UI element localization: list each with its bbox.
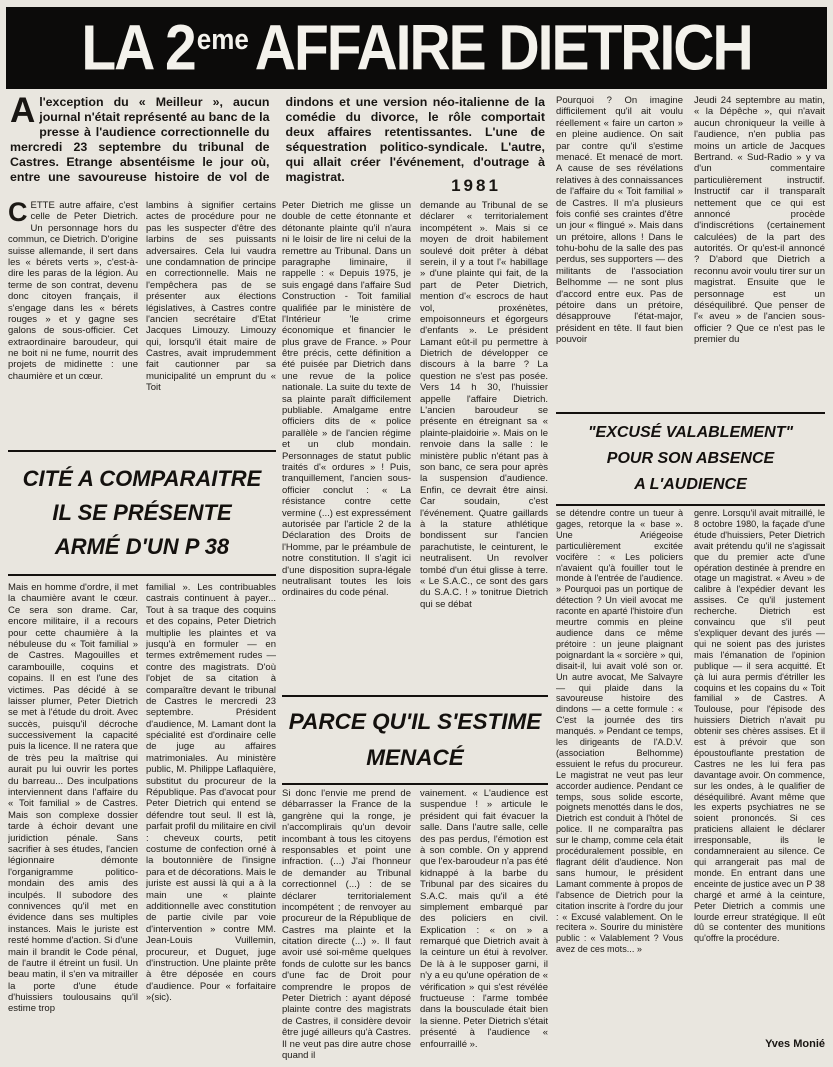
masthead-part1: LA 2 bbox=[81, 12, 194, 84]
newspaper-page: LA 2emeAFFAIRE DIETRICH Al'exception du … bbox=[0, 0, 833, 1067]
column-4-upper-text: demande au Tribunal de se déclarer « ter… bbox=[420, 200, 548, 610]
column-2-upper-text: lambins à signifier certains actes de pr… bbox=[146, 200, 276, 393]
column-1-lower-text: Mais en homme d'ordre, il met la chaumiè… bbox=[8, 582, 138, 1014]
headline-2-line-1: PARCE QU'IL S'ESTIME bbox=[282, 704, 548, 740]
headline-3-line-2: POUR SON ABSENCE bbox=[556, 446, 825, 472]
column-5-lower: se détendre contre un tueur à gages, ret… bbox=[556, 508, 683, 1062]
masthead-title: LA 2emeAFFAIRE DIETRICH bbox=[81, 11, 751, 85]
headline-2-line-2: MENACÉ bbox=[282, 740, 548, 776]
column-3-lower-text: Si donc l'envie me prend de débarrasser … bbox=[282, 788, 411, 1061]
column-4-lower: vainement. « L'audience est suspendue ! … bbox=[420, 788, 548, 1062]
column-3-lower: Si donc l'envie me prend de débarrasser … bbox=[282, 788, 411, 1062]
column-2-upper: lambins à signifier certains actes de pr… bbox=[146, 200, 276, 444]
masthead-banner: LA 2emeAFFAIRE DIETRICH bbox=[6, 7, 827, 89]
headline-1-line-1: CITÉ A COMPARAITRE bbox=[8, 462, 276, 496]
headline-cite-a-comparaitre: CITÉ A COMPARAITRE IL SE PRÉSENTE ARMÉ D… bbox=[8, 450, 276, 576]
intro-dropcap: A bbox=[10, 95, 39, 126]
byline-author: Yves Monié bbox=[694, 1038, 825, 1050]
column-2-lower: familial ». Les contribuables castrais c… bbox=[146, 582, 276, 1062]
intro-text: l'exception du « Meilleur », aucun journ… bbox=[10, 95, 545, 184]
column-5-upper-text: Pourquoi ? On imagine difficilement qu'i… bbox=[556, 95, 683, 345]
column-5-upper: Pourquoi ? On imagine difficilement qu'i… bbox=[556, 95, 683, 408]
column-6-lower: genre. Lorsqu'il avait mitraillé, le 8 o… bbox=[694, 508, 825, 1030]
column-1-upper: CETTE autre affaire, c'est celle de Pete… bbox=[8, 200, 138, 444]
column-1-upper-text: ETTE autre affaire, c'est celle de Peter… bbox=[8, 200, 138, 382]
masthead-superscript: eme bbox=[197, 22, 249, 56]
column-3-upper: Peter Dietrich me glisse un double de ce… bbox=[282, 200, 411, 692]
headline-parce-quil-sestime-menace: PARCE QU'IL S'ESTIME MENACÉ bbox=[282, 695, 548, 785]
column-2-lower-text: familial ». Les contribuables castrais c… bbox=[146, 582, 276, 1003]
headline-1-line-2: IL SE PRÉSENTE bbox=[8, 496, 276, 530]
headline-3-line-3: A L'AUDIENCE bbox=[556, 472, 825, 498]
masthead-part2: AFFAIRE DIETRICH bbox=[255, 12, 752, 84]
column-6-upper-text: Jeudi 24 septembre au matin, « la Dépêch… bbox=[694, 95, 825, 345]
column-1-dropcap: C bbox=[8, 200, 31, 224]
column-6-upper: Jeudi 24 septembre au matin, « la Dépêch… bbox=[694, 95, 825, 408]
column-4-lower-text: vainement. « L'audience est suspendue ! … bbox=[420, 788, 548, 1050]
headline-1-line-3: ARMÉ D'UN P 38 bbox=[8, 530, 276, 564]
column-5-lower-text: se détendre contre un tueur à gages, ret… bbox=[556, 508, 683, 954]
column-4-upper: demande au Tribunal de se déclarer « ter… bbox=[420, 200, 548, 692]
column-1-lower: Mais en homme d'ordre, il met la chaumiè… bbox=[8, 582, 138, 1062]
column-3-upper-text: Peter Dietrich me glisse un double de ce… bbox=[282, 200, 411, 598]
headline-excuse-valablement: "EXCUSÉ VALABLEMENT" POUR SON ABSENCE A … bbox=[556, 412, 825, 506]
headline-3-line-1: "EXCUSÉ VALABLEMENT" bbox=[556, 420, 825, 446]
column-6-lower-text: genre. Lorsqu'il avait mitraillé, le 8 o… bbox=[694, 508, 825, 943]
dateline-1981: 1981 bbox=[420, 176, 532, 196]
